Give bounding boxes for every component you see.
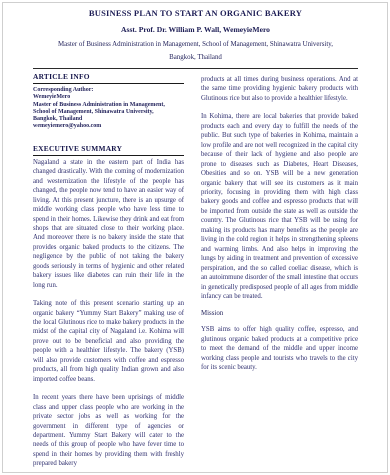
left-column: ARTICLE INFO Corresponding Author: Wemey… xyxy=(33,72,184,475)
executive-summary-paragraph: Nagaland a state in the eastern part of … xyxy=(33,158,184,290)
author-affiliation-line-3: Bangkok, Thailand xyxy=(33,116,184,123)
body-paragraph: In Kohima, there are local bakeries that… xyxy=(201,112,358,301)
document-page: BUSINESS PLAN TO START AN ORGANIC BAKERY… xyxy=(0,0,390,475)
page-content: BUSINESS PLAN TO START AN ORGANIC BAKERY… xyxy=(0,0,390,475)
executive-summary-body: Nagaland a state in the eastern part of … xyxy=(33,158,184,469)
affiliation-line-1: Master of Business Administration in Man… xyxy=(33,41,358,49)
authors-line: Asst. Prof. Dr. William P. Wall, Wemeyie… xyxy=(33,25,358,34)
author-affiliation-line-1: Master of Business Administration in Man… xyxy=(33,102,184,109)
page-title: BUSINESS PLAN TO START AN ORGANIC BAKERY xyxy=(33,8,358,18)
article-info-heading: ARTICLE INFO xyxy=(33,72,184,84)
mission-paragraph: YSB aims to offer high quality coffee, e… xyxy=(201,325,358,372)
affiliation-line-2: Bangkok, Thailand xyxy=(33,54,358,61)
corresponding-author-label: Corresponding Author: xyxy=(33,87,184,94)
executive-summary-paragraph: Taking note of this present scenario sta… xyxy=(33,299,184,384)
corresponding-author-name: WemeyieMero xyxy=(33,94,184,101)
executive-summary-paragraph: In recent years there have been uprising… xyxy=(33,393,184,469)
right-column: products at all times during business op… xyxy=(201,72,358,382)
right-column-body: products at all times during business op… xyxy=(201,75,358,301)
two-column-layout: ARTICLE INFO Corresponding Author: Wemey… xyxy=(33,72,358,475)
article-info-block: Corresponding Author: WemeyieMero Master… xyxy=(33,87,184,131)
mission-heading: Mission xyxy=(201,310,358,317)
author-email: wemeyiemero@yahoo.com xyxy=(33,123,184,130)
author-affiliation-line-2: School of Management, Shinawatra Univers… xyxy=(33,109,184,116)
mission-body: YSB aims to offer high quality coffee, e… xyxy=(201,325,358,372)
header-divider xyxy=(33,68,358,69)
body-paragraph: products at all times during business op… xyxy=(201,75,358,103)
executive-summary-heading: EXECUTIVE SUMMARY xyxy=(33,144,184,156)
